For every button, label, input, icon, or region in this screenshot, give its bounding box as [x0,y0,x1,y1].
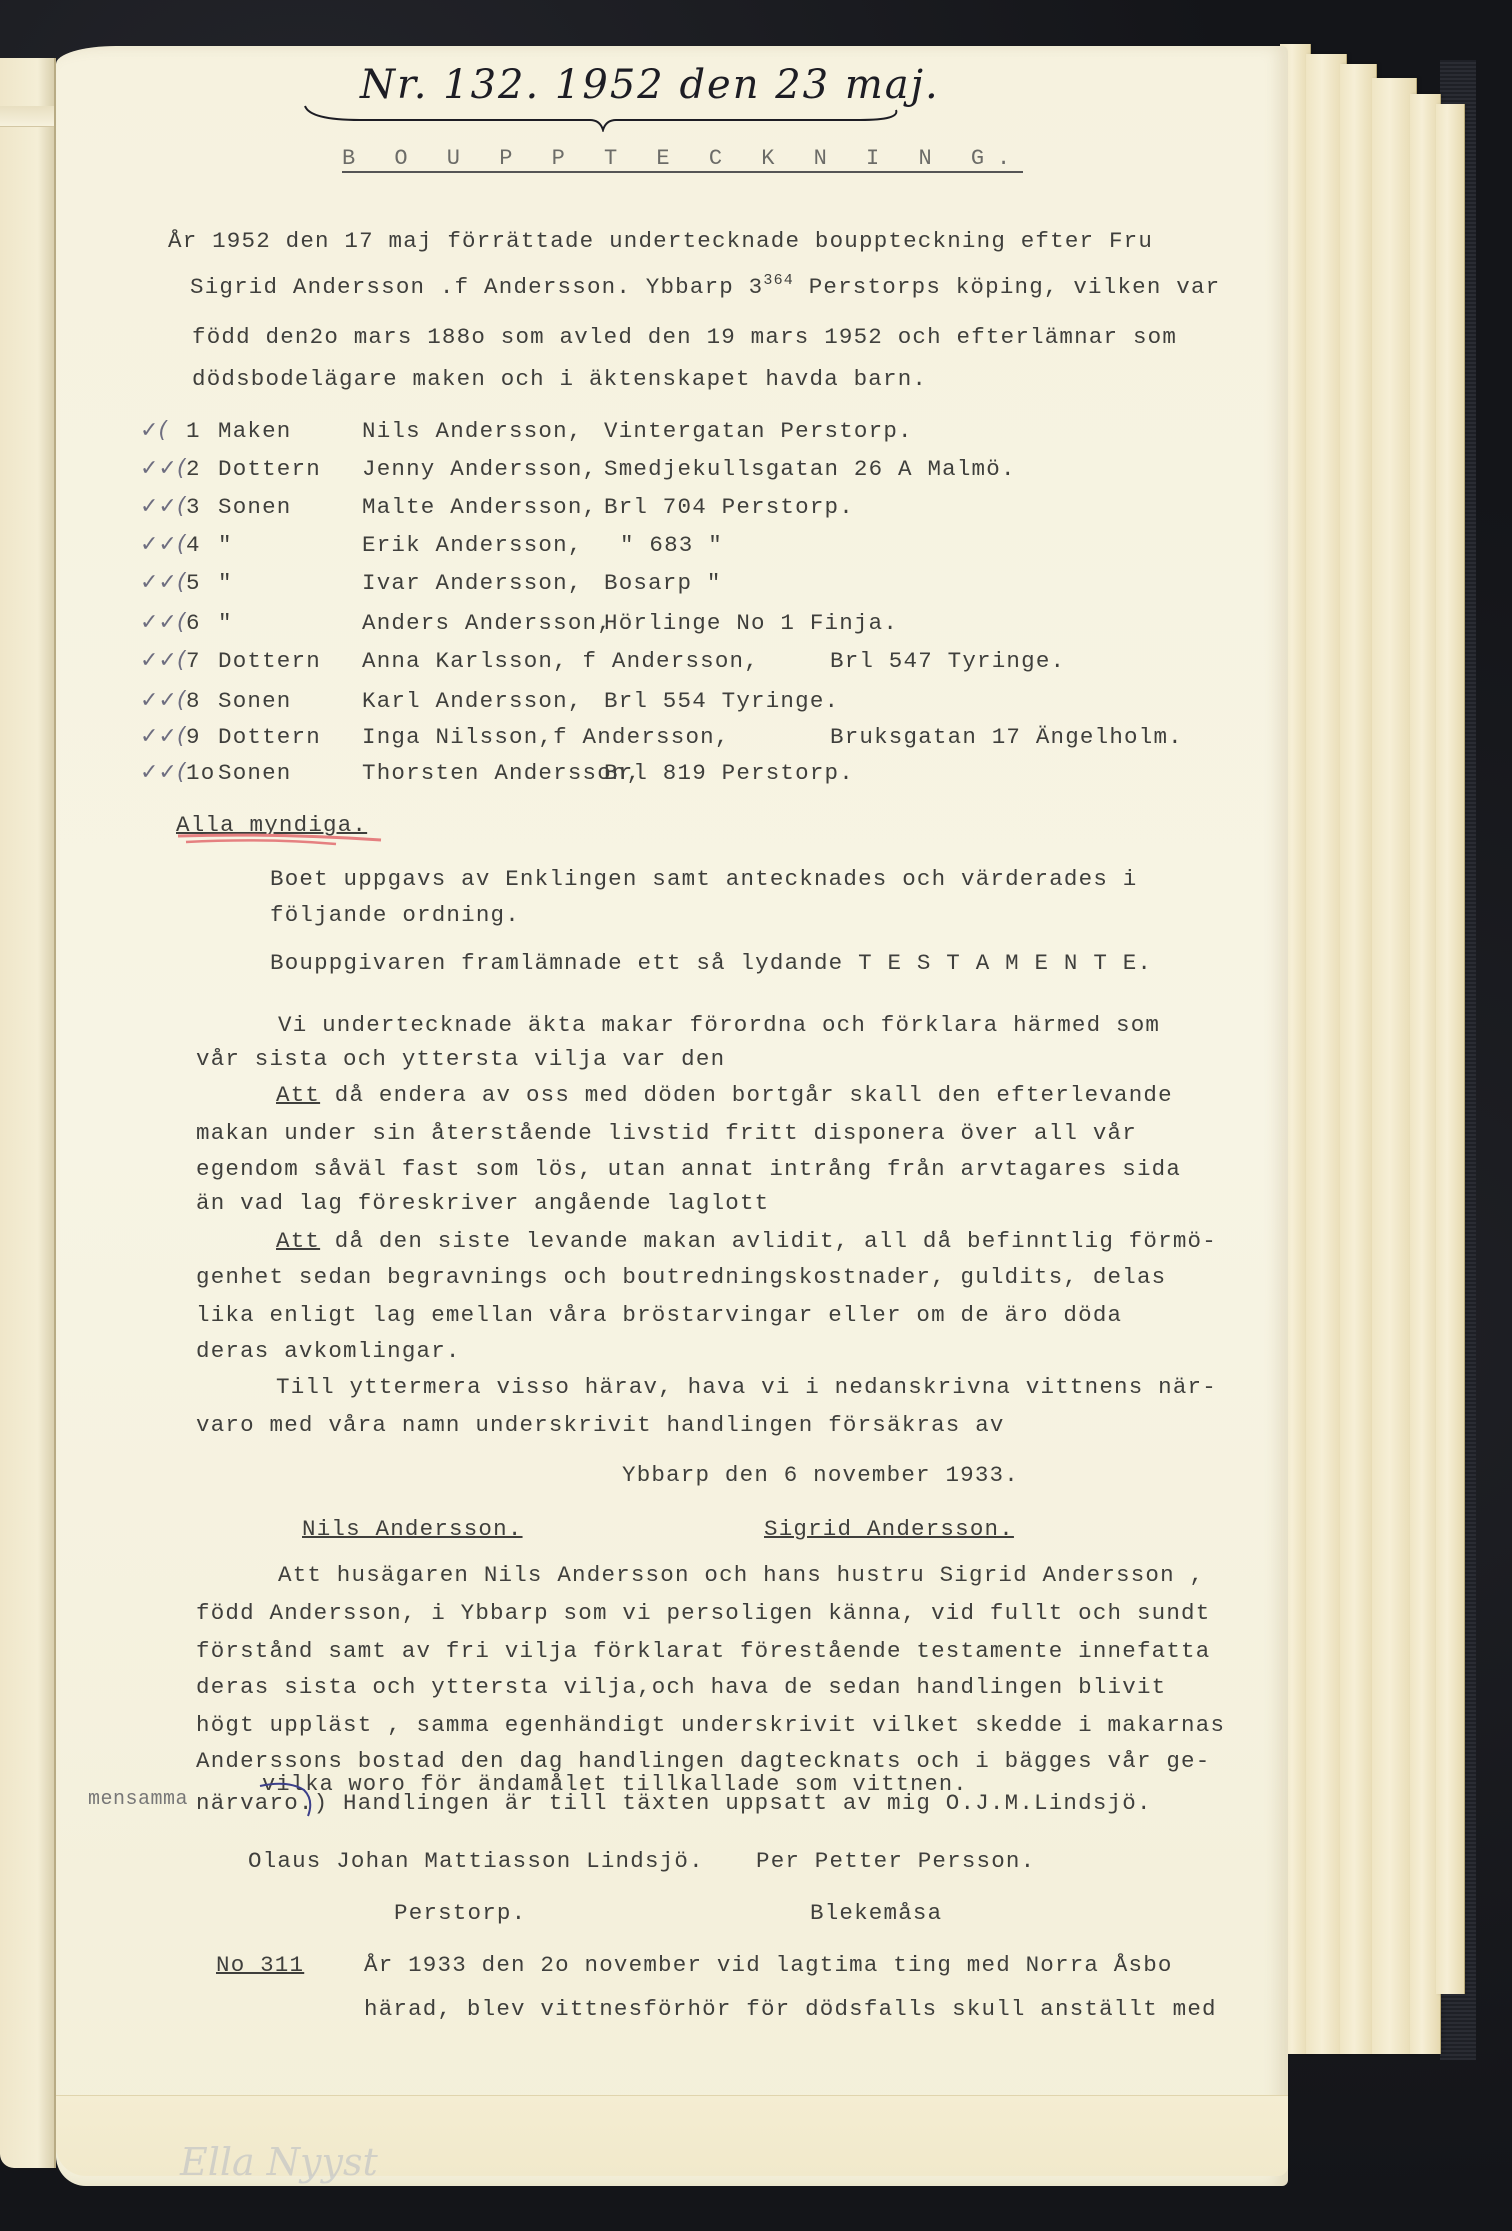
clause-1-text: då endera av oss med döden bortgår skall… [320,1082,1173,1108]
testament-line-2: vår sista och yttersta vilja var den [196,1046,725,1072]
intro-line-3: född den2o mars 188o som avled den 19 ma… [192,324,1177,350]
heir-address: Smedjekullsgatan 26 A Malmö. [604,456,1016,482]
heir-name: Anna Karlsson, f Andersson, [362,648,759,674]
heir-name: Jenny Andersson, [362,456,597,482]
intro-line-4: dödsbodelägare maken och i äktenskapet h… [192,366,927,392]
handwritten-brace-underline [300,102,900,132]
heir-name: Anders Andersson, [362,610,612,636]
margin-insertion: mensamma [88,1788,188,1811]
court-line-1: År 1933 den 2o november vid lagtima ting… [364,1952,1173,1978]
heir-address: Bosarp " [604,570,722,596]
heir-address: Hörlinge No 1 Finja. [604,610,898,636]
clause-1-line-1: Att då endera av oss med döden bortgår s… [276,1082,1173,1108]
heir-address: Brl 554 Tyringe. [604,688,839,714]
check-mark-icon: ✓✓( [140,760,185,785]
heir-number: 4 [186,532,201,558]
heir-number: 6 [186,610,201,636]
witness-line-1: Till yttermera visso härav, hava vi i ne… [276,1374,1217,1400]
heir-relation: Sonen [218,494,292,520]
check-mark-icon: ✓✓( [140,570,185,595]
witness-line-2: varo med våra namn underskrivit handling… [196,1412,1005,1438]
heir-relation: " [218,610,233,636]
clause-2-line-1: Att då den siste levande makan avlidit, … [276,1228,1217,1254]
clause-1-line-3: egendom såväl fast som lös, utan annat i… [196,1156,1181,1182]
attestation-line-4: deras sista och yttersta vilja,och hava … [196,1674,1166,1700]
heir-relation: " [218,570,233,596]
heir-number: 5 [186,570,201,596]
check-mark-icon: ✓✓( [140,724,185,749]
attestation-line-3: förstånd samt av fri vilja förklarat för… [196,1638,1210,1664]
house-number-superscript: 364 [763,272,794,289]
heir-number: 1 [186,418,201,444]
signature-wife: Sigrid Andersson. [764,1516,1014,1542]
attestation-line-1: Att husägaren Nils Andersson och hans hu… [278,1562,1204,1588]
estate-line-2: följande ordning. [270,902,520,928]
heir-address: " 683 " [620,532,723,558]
intro-line-1: År 1952 den 17 maj förrättade underteckn… [168,228,1153,254]
heir-name: Erik Andersson, [362,532,583,558]
document-title: B O U P P T E C K N I N G. [342,146,1023,173]
witness-1-name: Olaus Johan Mattiasson Lindsjö. [248,1848,704,1874]
heir-relation: Sonen [218,688,292,714]
attestation-line-6: Anderssons bostad den dag handlingen dag… [196,1748,1210,1774]
check-mark-icon: ✓✓( [140,610,185,635]
heir-relation: Maken [218,418,292,444]
check-mark-icon: ✓✓( [140,688,185,713]
witness-1-place: Perstorp. [394,1900,526,1926]
attestation-line-2: född Andersson, i Ybbarp som vi persolig… [196,1600,1210,1626]
heir-name: Nils Andersson, [362,418,583,444]
heir-address: Brl 704 Perstorp. [604,494,854,520]
heir-number: 1o [186,760,215,786]
witness-2-name: Per Petter Persson. [756,1848,1035,1874]
estate-line-1: Boet uppgavs av Enklingen samt antecknad… [270,866,1137,892]
page-fold [0,106,54,127]
previous-page-edge [0,58,56,2168]
signature-husband: Nils Andersson. [302,1516,523,1542]
clause-1-line-2: makan under sin återstående livstid frit… [196,1120,1137,1146]
clause-2-lead: Att [276,1228,320,1254]
paper-stack-edges [1280,44,1480,2054]
court-record-number: No 311 [216,1952,304,1978]
heir-address: Bruksgatan 17 Ängelholm. [830,724,1183,750]
heir-address: Vintergatan Perstorp. [604,418,913,444]
court-line-2: härad, blev vittnesförhör för dödsfalls … [364,1996,1217,2022]
attestation-last-line: närvaro.) Handlingen är till täxten upps… [196,1790,1152,1816]
clause-2-line-2: genhet sedan begravnings och boutredning… [196,1264,1166,1290]
check-mark-icon: ✓( [140,418,167,443]
check-mark-icon: ✓✓( [140,532,185,557]
heir-relation: " [218,532,233,558]
heir-number: 3 [186,494,201,520]
heir-relation: Sonen [218,760,292,786]
heir-name: Karl Andersson, [362,688,583,714]
place-date: Ybbarp den 6 november 1933. [622,1462,1019,1488]
heir-address: Brl 547 Tyringe. [830,648,1065,674]
check-mark-icon: ✓✓( [140,494,185,519]
heir-name: Inga Nilsson,f Andersson, [362,724,730,750]
heir-number: 9 [186,724,201,750]
showthrough-handwriting: Ella Nyyst [180,2140,378,2184]
intro-line-2-text: Sigrid Andersson .f Andersson. Ybbarp 3 [190,274,763,300]
check-mark-icon: ✓✓( [140,648,185,673]
intro-line-2: Sigrid Andersson .f Andersson. Ybbarp 33… [190,272,1220,300]
heir-name: Malte Andersson, [362,494,597,520]
intro-line-2-tail: Perstorps köping, vilken var [794,274,1220,300]
heir-name: Thorsten Andersson, [362,760,641,786]
red-pencil-underline [176,832,386,846]
attestation-line-5: högt uppläst , samma egenhändigt undersk… [196,1712,1225,1738]
heir-address: Brl 819 Perstorp. [604,760,854,786]
heir-relation: Dottern [218,648,321,674]
heir-number: 2 [186,456,201,482]
heir-name: Ivar Andersson, [362,570,583,596]
testament-line-1: Vi undertecknade äkta makar förordna och… [278,1012,1160,1038]
check-mark-icon: ✓✓( [140,456,185,481]
clause-2-line-4: deras avkomlingar. [196,1338,461,1364]
heir-relation: Dottern [218,456,321,482]
clause-1-line-4: än vad lag föreskriver angående laglott [196,1190,769,1216]
witness-2-place: Blekemåsa [810,1900,942,1926]
heir-number: 8 [186,688,201,714]
testament-intro: Bouppgivaren framlämnade ett så lydande … [270,950,1152,976]
clause-2-line-3: lika enligt lag emellan våra bröstarving… [196,1302,1122,1328]
heir-relation: Dottern [218,724,321,750]
clause-2-text: då den siste levande makan avlidit, all … [320,1228,1217,1254]
heir-number: 7 [186,648,201,674]
clause-1-lead: Att [276,1082,320,1108]
